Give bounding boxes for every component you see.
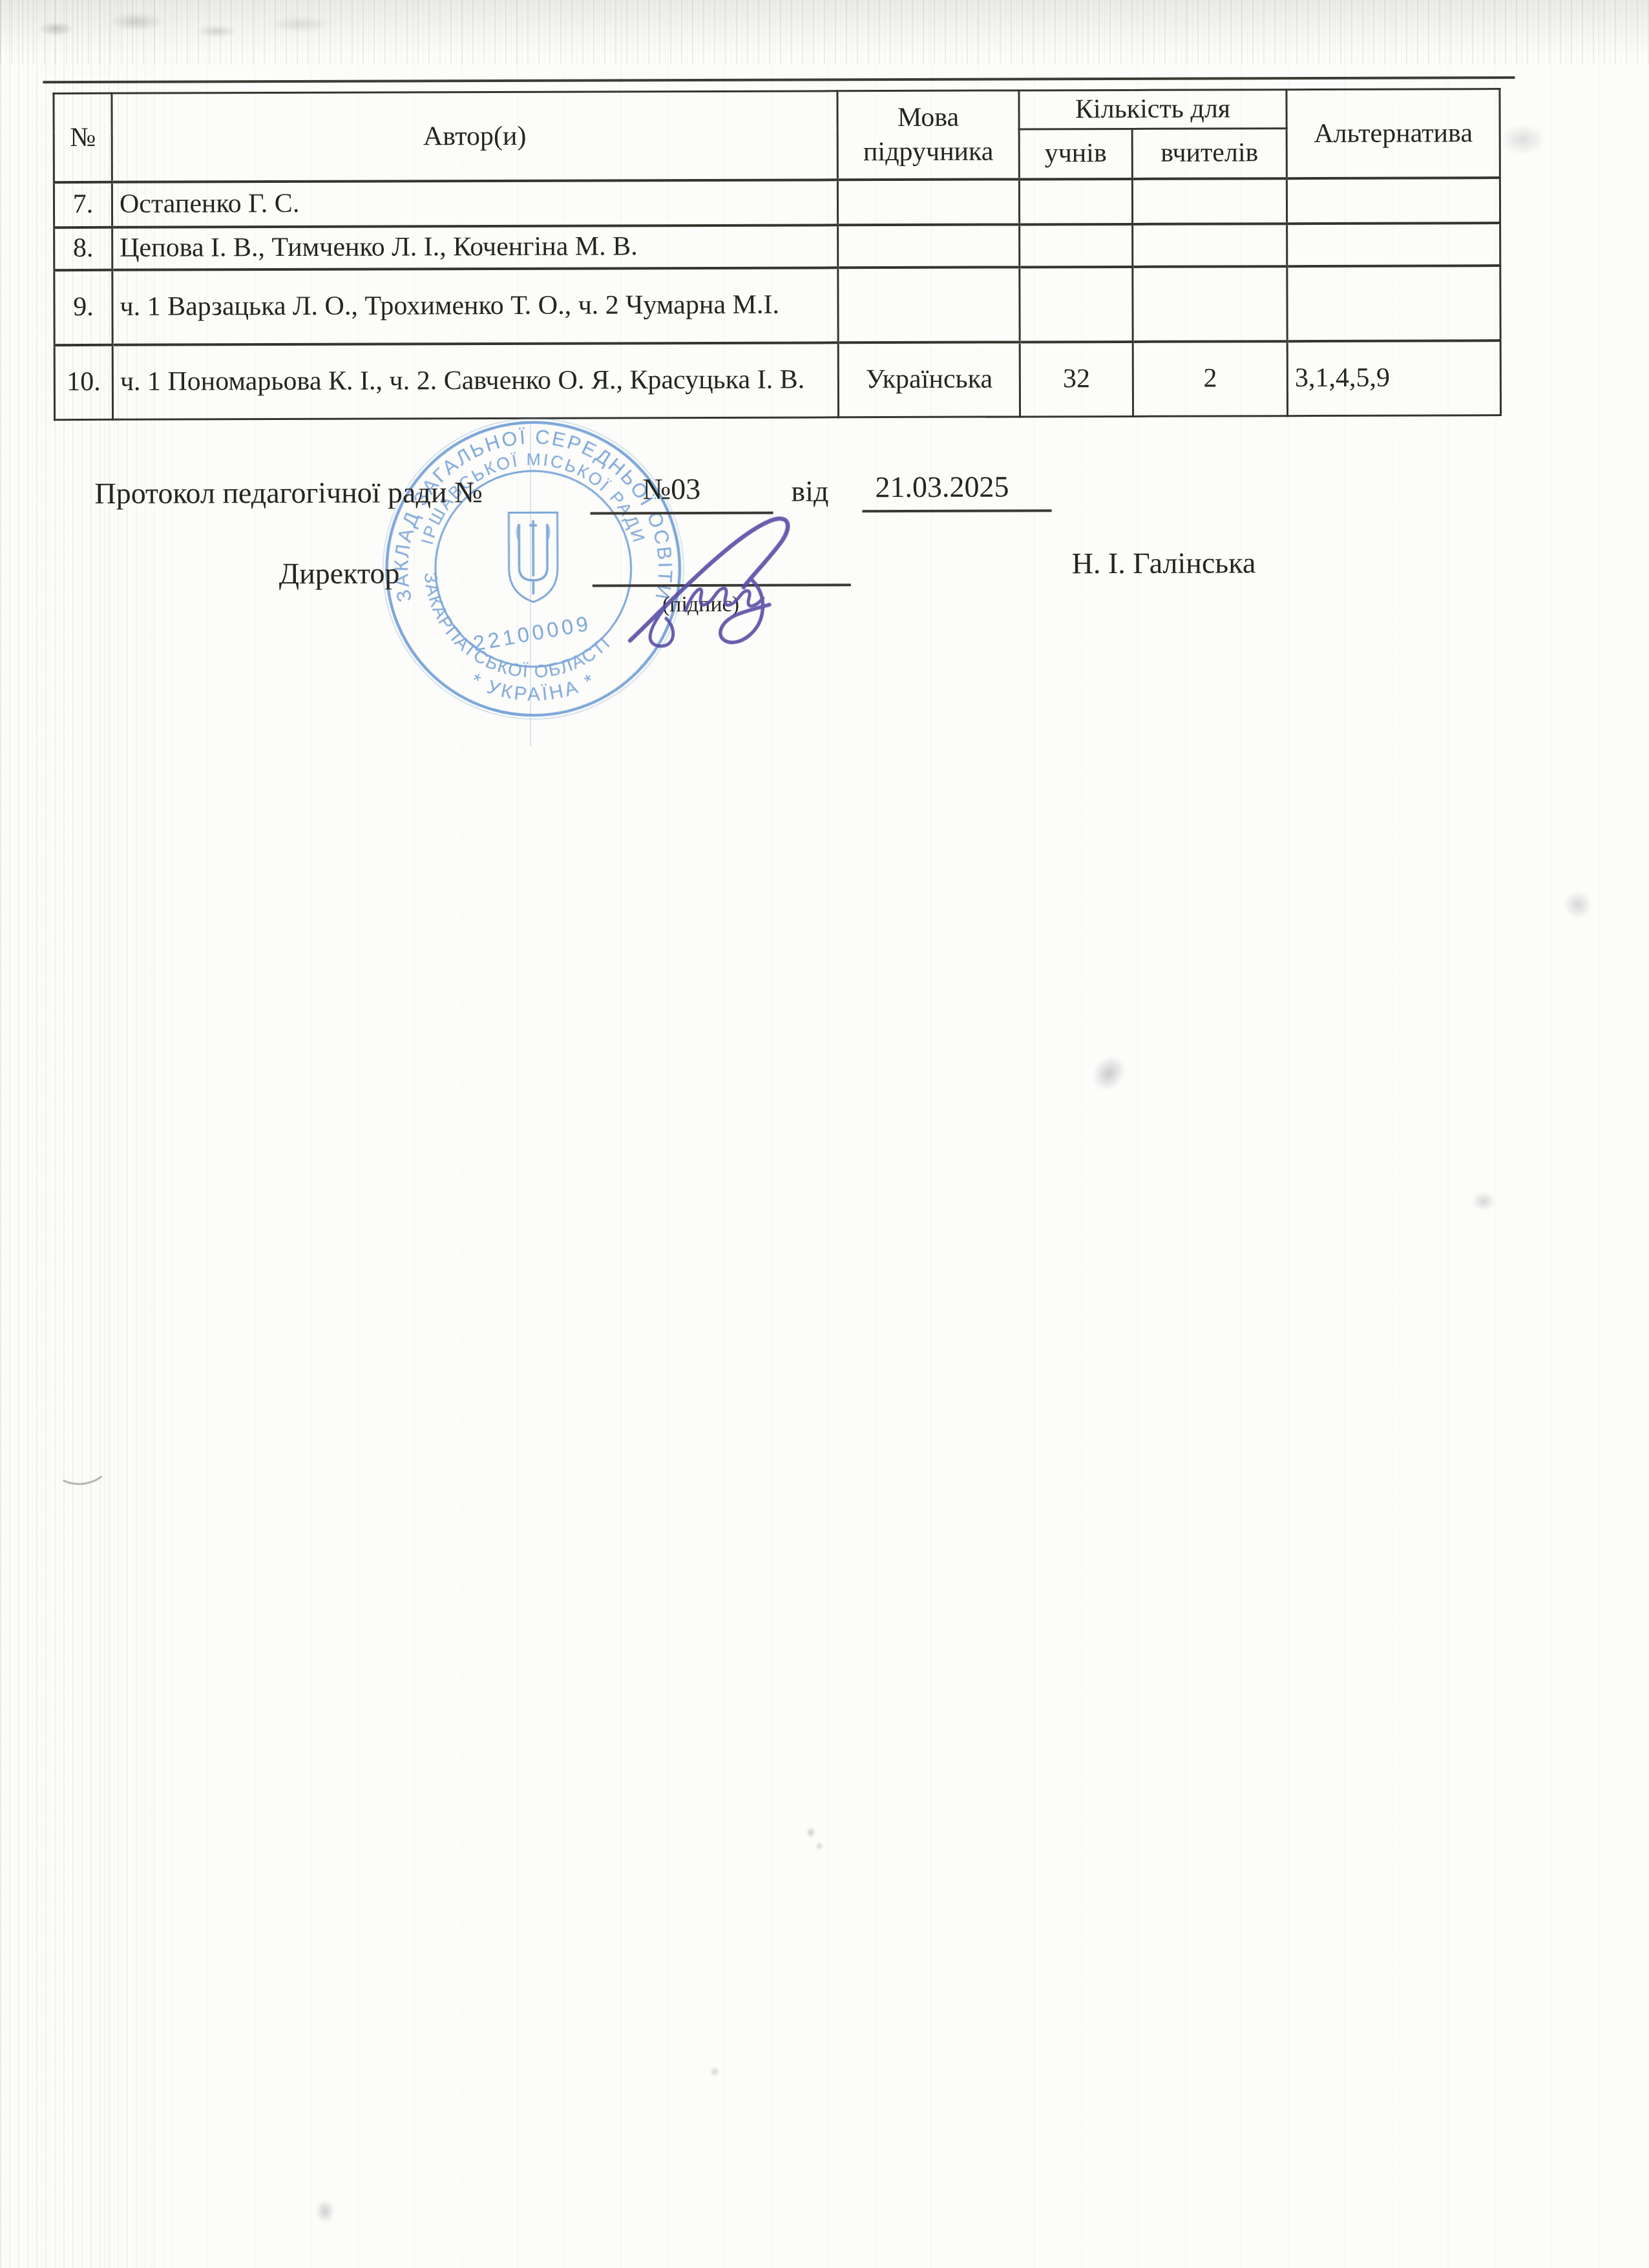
row-num: 8. [54, 227, 112, 269]
scanned-document-page: № Автор(и) Мова підручника Кількість для… [0, 0, 1649, 2268]
director-label: Директор [279, 556, 400, 591]
row-num: 9. [54, 269, 112, 344]
row-language: Українська [838, 342, 1020, 417]
row-authors: Остапенко Г. С. [112, 180, 837, 227]
row-teachers [1133, 266, 1287, 342]
row-alternative [1287, 178, 1500, 224]
col-header-teachers: вчителів [1132, 128, 1287, 178]
table-row: 8. Цепова І. В., Тимченко Л. І., Коченгі… [54, 223, 1500, 270]
row-alternative: 3,1,4,5,9 [1287, 341, 1500, 416]
col-header-students: учнів [1019, 129, 1132, 179]
protocol-number: №03 [642, 472, 700, 506]
row-teachers [1133, 224, 1287, 267]
row-language [838, 267, 1020, 342]
row-num: 10. [54, 344, 112, 419]
row-language [837, 179, 1019, 225]
row-num: 7. [54, 182, 112, 227]
trident-icon [517, 520, 549, 594]
col-header-quantity: Кількість для [1019, 90, 1287, 129]
row-teachers: 2 [1133, 341, 1287, 416]
row-alternative [1287, 223, 1500, 266]
director-name: Н. І. Галінська [1072, 545, 1256, 580]
row-language [838, 224, 1020, 268]
protocol-date-line [862, 509, 1051, 512]
stamp-code: 22100009 [471, 611, 593, 655]
protocol-date-label: від [791, 474, 828, 508]
table-row: 10. ч. 1 Пономарьова К. І., ч. 2. Савчен… [54, 341, 1500, 420]
protocol-date: 21.03.2025 [875, 470, 1009, 505]
row-authors: ч. 1 Пономарьова К. І., ч. 2. Савченко О… [112, 342, 838, 419]
table-row: 9. ч. 1 Варзацька Л. О., Трохименко Т. О… [54, 266, 1500, 345]
col-header-alternative: Альтернатива [1287, 89, 1500, 178]
handwritten-signature [602, 505, 848, 655]
textbook-table: № Автор(и) Мова підручника Кількість для… [52, 88, 1502, 421]
row-alternative [1287, 266, 1500, 341]
row-students [1020, 224, 1133, 267]
row-teachers [1132, 178, 1287, 224]
col-header-num: № [54, 93, 112, 182]
row-authors: ч. 1 Варзацька Л. О., Трохименко Т. О., … [112, 268, 838, 345]
row-students [1019, 178, 1132, 224]
row-students [1020, 266, 1133, 342]
table-top-rule [43, 76, 1515, 83]
col-header-authors: Автор(и) [112, 91, 837, 182]
table-row: 7. Остапенко Г. С. [54, 178, 1500, 227]
table-header-row-1: № Автор(и) Мова підручника Кількість для… [54, 89, 1500, 132]
document-content: № Автор(и) Мова підручника Кількість для… [0, 0, 1649, 2268]
protocol-label: Протокол педагогічної ради № [94, 475, 483, 510]
col-header-language: Мова підручника [837, 90, 1019, 180]
row-authors: Цепова І. В., Тимченко Л. І., Коченгіна … [112, 225, 838, 270]
row-students: 32 [1020, 341, 1133, 416]
